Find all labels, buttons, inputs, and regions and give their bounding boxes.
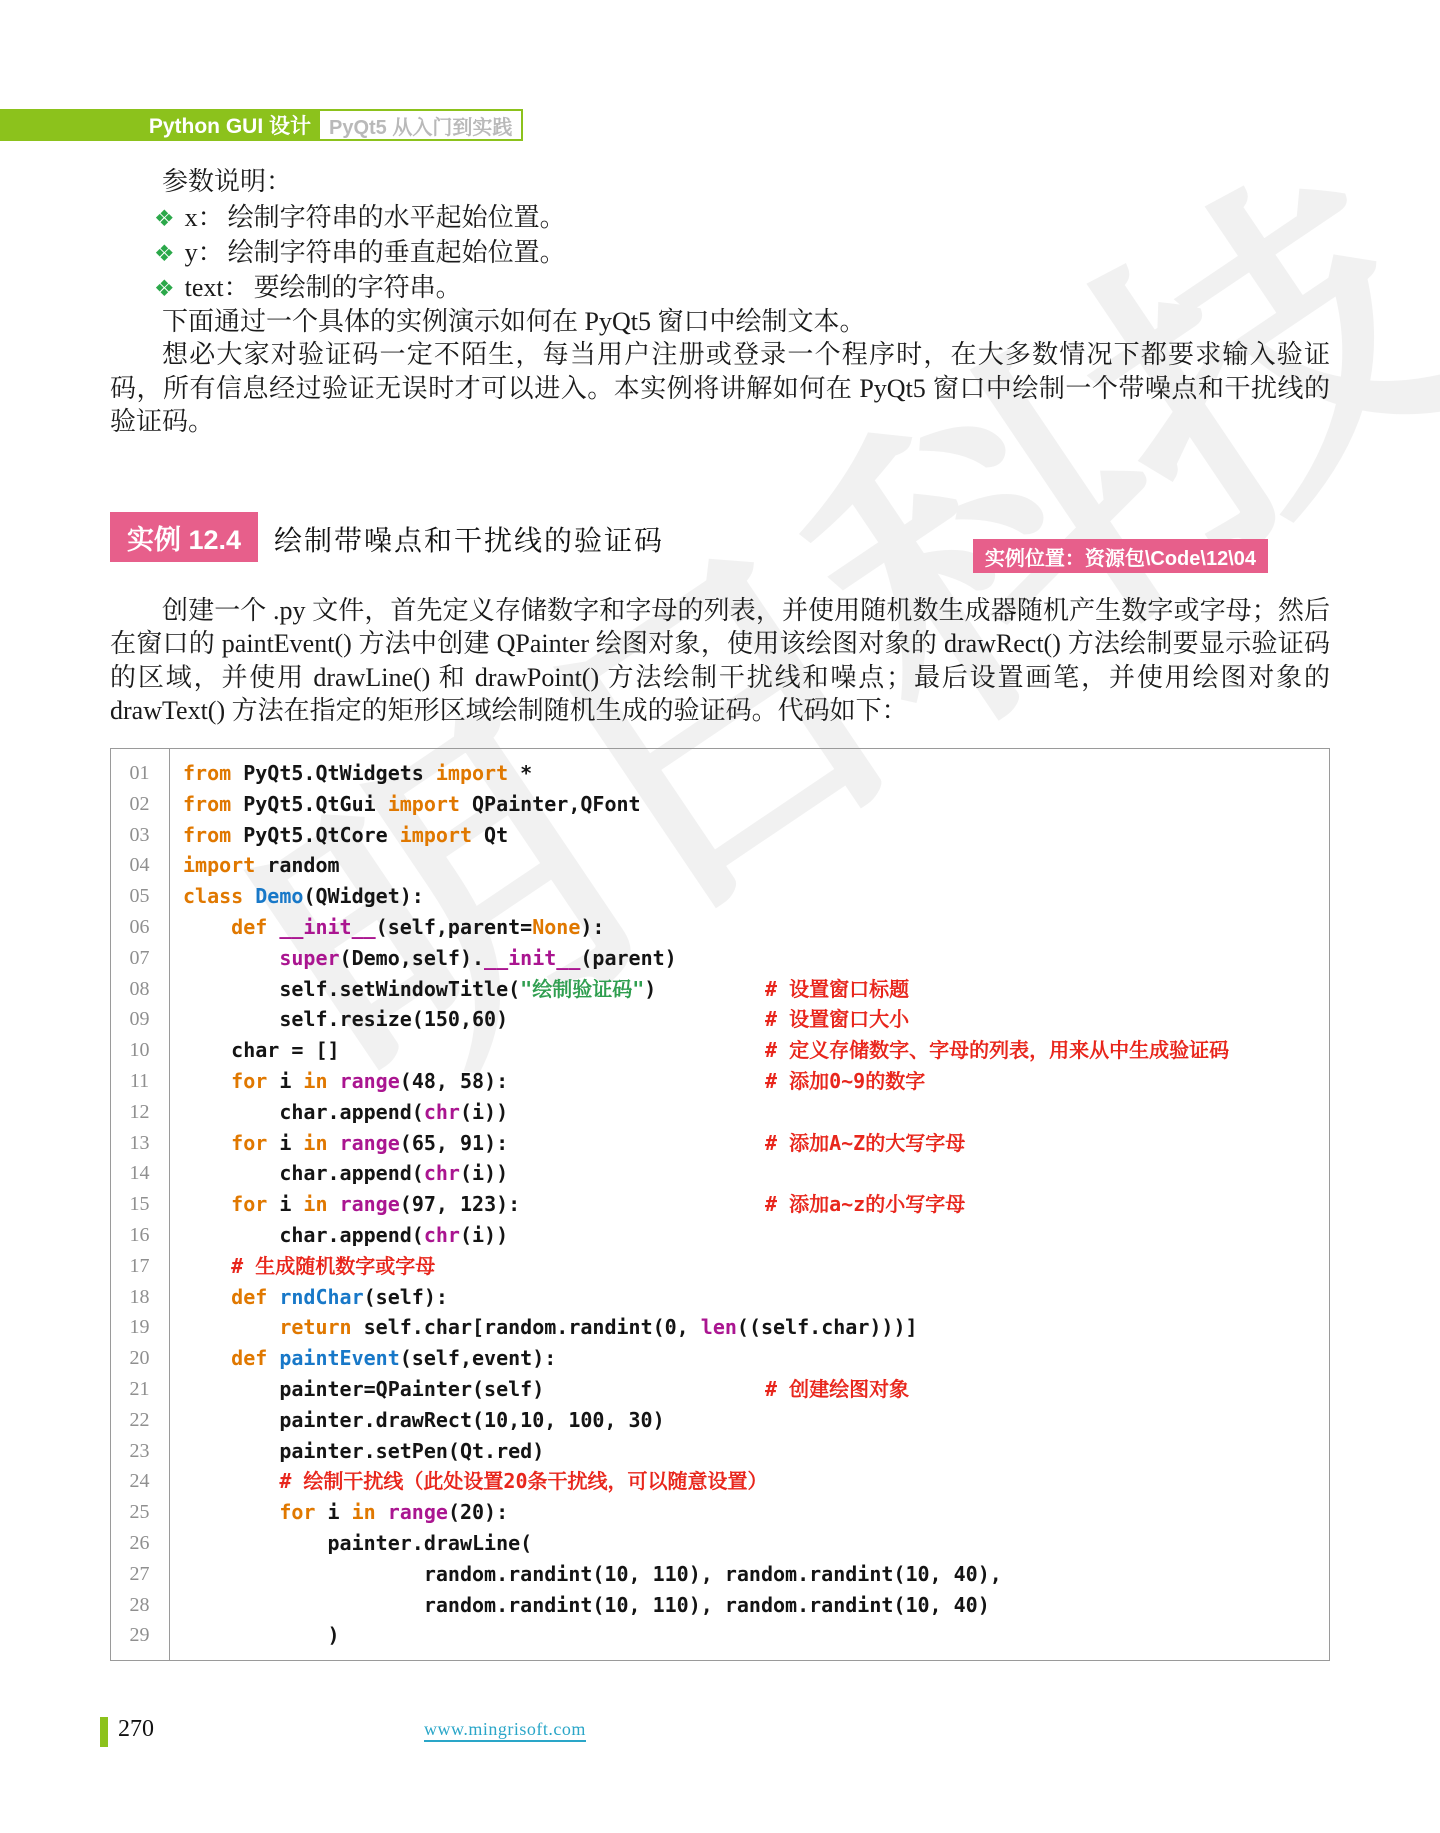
code-text: super(Demo,self).__init__(parent) — [168, 943, 677, 974]
code-line: 21 painter=QPainter(self)# 创建绘图对象 — [111, 1374, 1329, 1405]
code-line: 18 def rndChar(self): — [111, 1282, 1329, 1313]
inline-comment: # 定义存储数字、字母的列表，用来从中生成验证码 — [765, 1035, 1229, 1066]
line-number: 07 — [111, 943, 168, 974]
code-line: 07 super(Demo,self).__init__(parent) — [111, 943, 1329, 974]
code-text: painter.setPen(Qt.red) — [168, 1436, 544, 1467]
params-heading: 参数说明： — [110, 164, 1330, 200]
line-number: 05 — [111, 881, 168, 912]
param-bullet-text: ❖text：要绘制的字符串。 — [110, 270, 1330, 305]
code-line: 22 painter.drawRect(10,10, 100, 30) — [111, 1405, 1329, 1436]
param-bullet-y: ❖y：绘制字符串的垂直起始位置。 — [110, 235, 1330, 270]
website-link[interactable]: www.mingrisoft.com — [424, 1719, 586, 1742]
page-number: 270 — [118, 1716, 154, 1743]
line-number: 28 — [111, 1590, 168, 1621]
bullet-term: y： — [185, 238, 224, 267]
line-number: 29 — [111, 1620, 168, 1651]
code-text: for i in range(97, 123): — [168, 1189, 520, 1220]
line-number: 21 — [111, 1374, 168, 1405]
code-text: def paintEvent(self,event): — [168, 1343, 556, 1374]
param-bullet-x: ❖x：绘制字符串的水平起始位置。 — [110, 200, 1330, 235]
line-number: 18 — [111, 1282, 168, 1313]
line-number: 13 — [111, 1128, 168, 1159]
code-line: 06 def __init__(self,parent=None): — [111, 912, 1329, 943]
inline-comment: # 添加a~z的小写字母 — [765, 1189, 965, 1220]
code-text: from PyQt5.QtGui import QPainter,QFont — [168, 789, 641, 820]
code-text: # 生成随机数字或字母 — [168, 1251, 435, 1282]
code-line: 12 char.append(chr(i)) — [111, 1097, 1329, 1128]
line-number: 10 — [111, 1035, 168, 1066]
bullet-desc: 绘制字符串的水平起始位置。 — [228, 203, 566, 232]
code-text: # 绘制干扰线（此处设置20条干扰线，可以随意设置） — [168, 1466, 768, 1497]
code-line: 27 random.randint(10, 110), random.randi… — [111, 1559, 1329, 1590]
code-line: 29 ) — [111, 1620, 1329, 1651]
line-number: 11 — [111, 1066, 168, 1097]
code-text: class Demo(QWidget): — [168, 881, 424, 912]
code-text: ) — [168, 1620, 340, 1651]
code-text: import random — [168, 850, 340, 881]
code-text: self.setWindowTitle("绘制验证码") — [168, 974, 656, 1005]
bullet-term: text： — [185, 273, 250, 302]
page-number-marker — [100, 1717, 108, 1747]
code-line: 19 return self.char[random.randint(0, le… — [111, 1312, 1329, 1343]
code-line: 20 def paintEvent(self,event): — [111, 1343, 1329, 1374]
code-text: painter=QPainter(self) — [168, 1374, 544, 1405]
line-number: 15 — [111, 1189, 168, 1220]
intro-paragraph-2: 想必大家对验证码一定不陌生，每当用户注册或登录一个程序时，在大多数情况下都要求输… — [110, 338, 1330, 438]
bullet-desc: 绘制字符串的垂直起始位置。 — [228, 238, 566, 267]
line-number: 06 — [111, 912, 168, 943]
code-text: random.randint(10, 110), random.randint(… — [168, 1590, 990, 1621]
code-text: char.append(chr(i)) — [168, 1158, 508, 1189]
line-number: 12 — [111, 1097, 168, 1128]
line-number: 01 — [111, 758, 168, 789]
code-lines: 01from PyQt5.QtWidgets import *02from Py… — [111, 758, 1329, 1651]
code-line: 10 char = []# 定义存储数字、字母的列表，用来从中生成验证码 — [111, 1035, 1329, 1066]
bullet-term: x： — [185, 203, 224, 232]
example-banner: 实例 12.4 绘制带噪点和干扰线的验证码 实例位置：资源包\Code\12\0… — [110, 511, 1330, 573]
line-number: 04 — [111, 850, 168, 881]
code-line: 11 for i in range(48, 58):# 添加0~9的数字 — [111, 1066, 1329, 1097]
code-line: 01from PyQt5.QtWidgets import * — [111, 758, 1329, 789]
code-line: 28 random.randint(10, 110), random.randi… — [111, 1590, 1329, 1621]
line-number: 14 — [111, 1158, 168, 1189]
code-text: painter.drawRect(10,10, 100, 30) — [168, 1405, 665, 1436]
line-number: 19 — [111, 1312, 168, 1343]
code-line: 24 # 绘制干扰线（此处设置20条干扰线，可以随意设置） — [111, 1466, 1329, 1497]
line-number: 02 — [111, 789, 168, 820]
code-line: 14 char.append(chr(i)) — [111, 1158, 1329, 1189]
example-number-badge: 实例 12.4 — [110, 512, 258, 562]
code-text: return self.char[random.randint(0, len((… — [168, 1312, 918, 1343]
line-number: 09 — [111, 1004, 168, 1035]
code-line: 03from PyQt5.QtCore import Qt — [111, 820, 1329, 851]
line-number: 16 — [111, 1220, 168, 1251]
code-text: def rndChar(self): — [168, 1282, 448, 1313]
code-text: for i in range(48, 58): — [168, 1066, 508, 1097]
code-line: 23 painter.setPen(Qt.red) — [111, 1436, 1329, 1467]
code-line: 05class Demo(QWidget): — [111, 881, 1329, 912]
intro-paragraph-1: 下面通过一个具体的实例演示如何在 PyQt5 窗口中绘制文本。 — [110, 305, 1330, 338]
code-text: random.randint(10, 110), random.randint(… — [168, 1559, 1002, 1590]
code-text: for i in range(20): — [168, 1497, 508, 1528]
inline-comment: # 添加0~9的数字 — [765, 1066, 925, 1097]
code-line: 13 for i in range(65, 91):# 添加A~Z的大写字母 — [111, 1128, 1329, 1159]
example-description-paragraph: 创建一个 .py 文件，首先定义存储数字和字母的列表，并使用随机数生成器随机产生… — [110, 594, 1330, 728]
code-text: self.resize(150,60) — [168, 1004, 508, 1035]
code-text: char.append(chr(i)) — [168, 1097, 508, 1128]
diamond-bullet-icon: ❖ — [154, 276, 175, 301]
example-location-badge: 实例位置：资源包\Code\12\04 — [973, 539, 1268, 573]
inline-comment: # 设置窗口标题 — [765, 974, 909, 1005]
inline-comment: # 创建绘图对象 — [765, 1374, 909, 1405]
diamond-bullet-icon: ❖ — [154, 241, 175, 266]
code-line: 08 self.setWindowTitle("绘制验证码")# 设置窗口标题 — [111, 974, 1329, 1005]
inline-comment: # 设置窗口大小 — [765, 1004, 909, 1035]
code-text: from PyQt5.QtCore import Qt — [168, 820, 508, 851]
line-number: 23 — [111, 1436, 168, 1467]
page-header: Python GUI 设计 PyQt5 从入门到实践 — [0, 109, 523, 141]
code-text: painter.drawLine( — [168, 1528, 532, 1559]
diamond-bullet-icon: ❖ — [154, 206, 175, 231]
inline-comment: # 添加A~Z的大写字母 — [765, 1128, 965, 1159]
code-line: 15 for i in range(97, 123):# 添加a~z的小写字母 — [111, 1189, 1329, 1220]
example-title: 绘制带噪点和干扰线的验证码 — [274, 519, 664, 559]
line-number: 17 — [111, 1251, 168, 1282]
code-line: 16 char.append(chr(i)) — [111, 1220, 1329, 1251]
code-text: for i in range(65, 91): — [168, 1128, 508, 1159]
line-number: 27 — [111, 1559, 168, 1590]
book-subtitle: PyQt5 从入门到实践 — [318, 109, 523, 141]
code-line: 04import random — [111, 850, 1329, 881]
line-number: 24 — [111, 1466, 168, 1497]
line-number: 22 — [111, 1405, 168, 1436]
code-text: char = [] — [168, 1035, 340, 1066]
code-line: 17 # 生成随机数字或字母 — [111, 1251, 1329, 1282]
code-block: 01from PyQt5.QtWidgets import *02from Py… — [110, 748, 1330, 1661]
code-text: from PyQt5.QtWidgets import * — [168, 758, 532, 789]
code-line: 09 self.resize(150,60)# 设置窗口大小 — [111, 1004, 1329, 1035]
line-number: 26 — [111, 1528, 168, 1559]
line-number: 20 — [111, 1343, 168, 1374]
code-text: char.append(chr(i)) — [168, 1220, 508, 1251]
code-line: 02from PyQt5.QtGui import QPainter,QFont — [111, 789, 1329, 820]
line-number: 03 — [111, 820, 168, 851]
bullet-desc: 要绘制的字符串。 — [254, 273, 462, 302]
book-page: 明日科技 Python GUI 设计 PyQt5 从入门到实践 参数说明： ❖x… — [0, 0, 1440, 1833]
line-number: 25 — [111, 1497, 168, 1528]
code-line: 26 painter.drawLine( — [111, 1528, 1329, 1559]
intro-section: 参数说明： ❖x：绘制字符串的水平起始位置。 ❖y：绘制字符串的垂直起始位置。 … — [110, 164, 1330, 439]
series-title: Python GUI 设计 — [0, 109, 318, 141]
code-line: 25 for i in range(20): — [111, 1497, 1329, 1528]
line-number: 08 — [111, 974, 168, 1005]
code-text: def __init__(self,parent=None): — [168, 912, 604, 943]
